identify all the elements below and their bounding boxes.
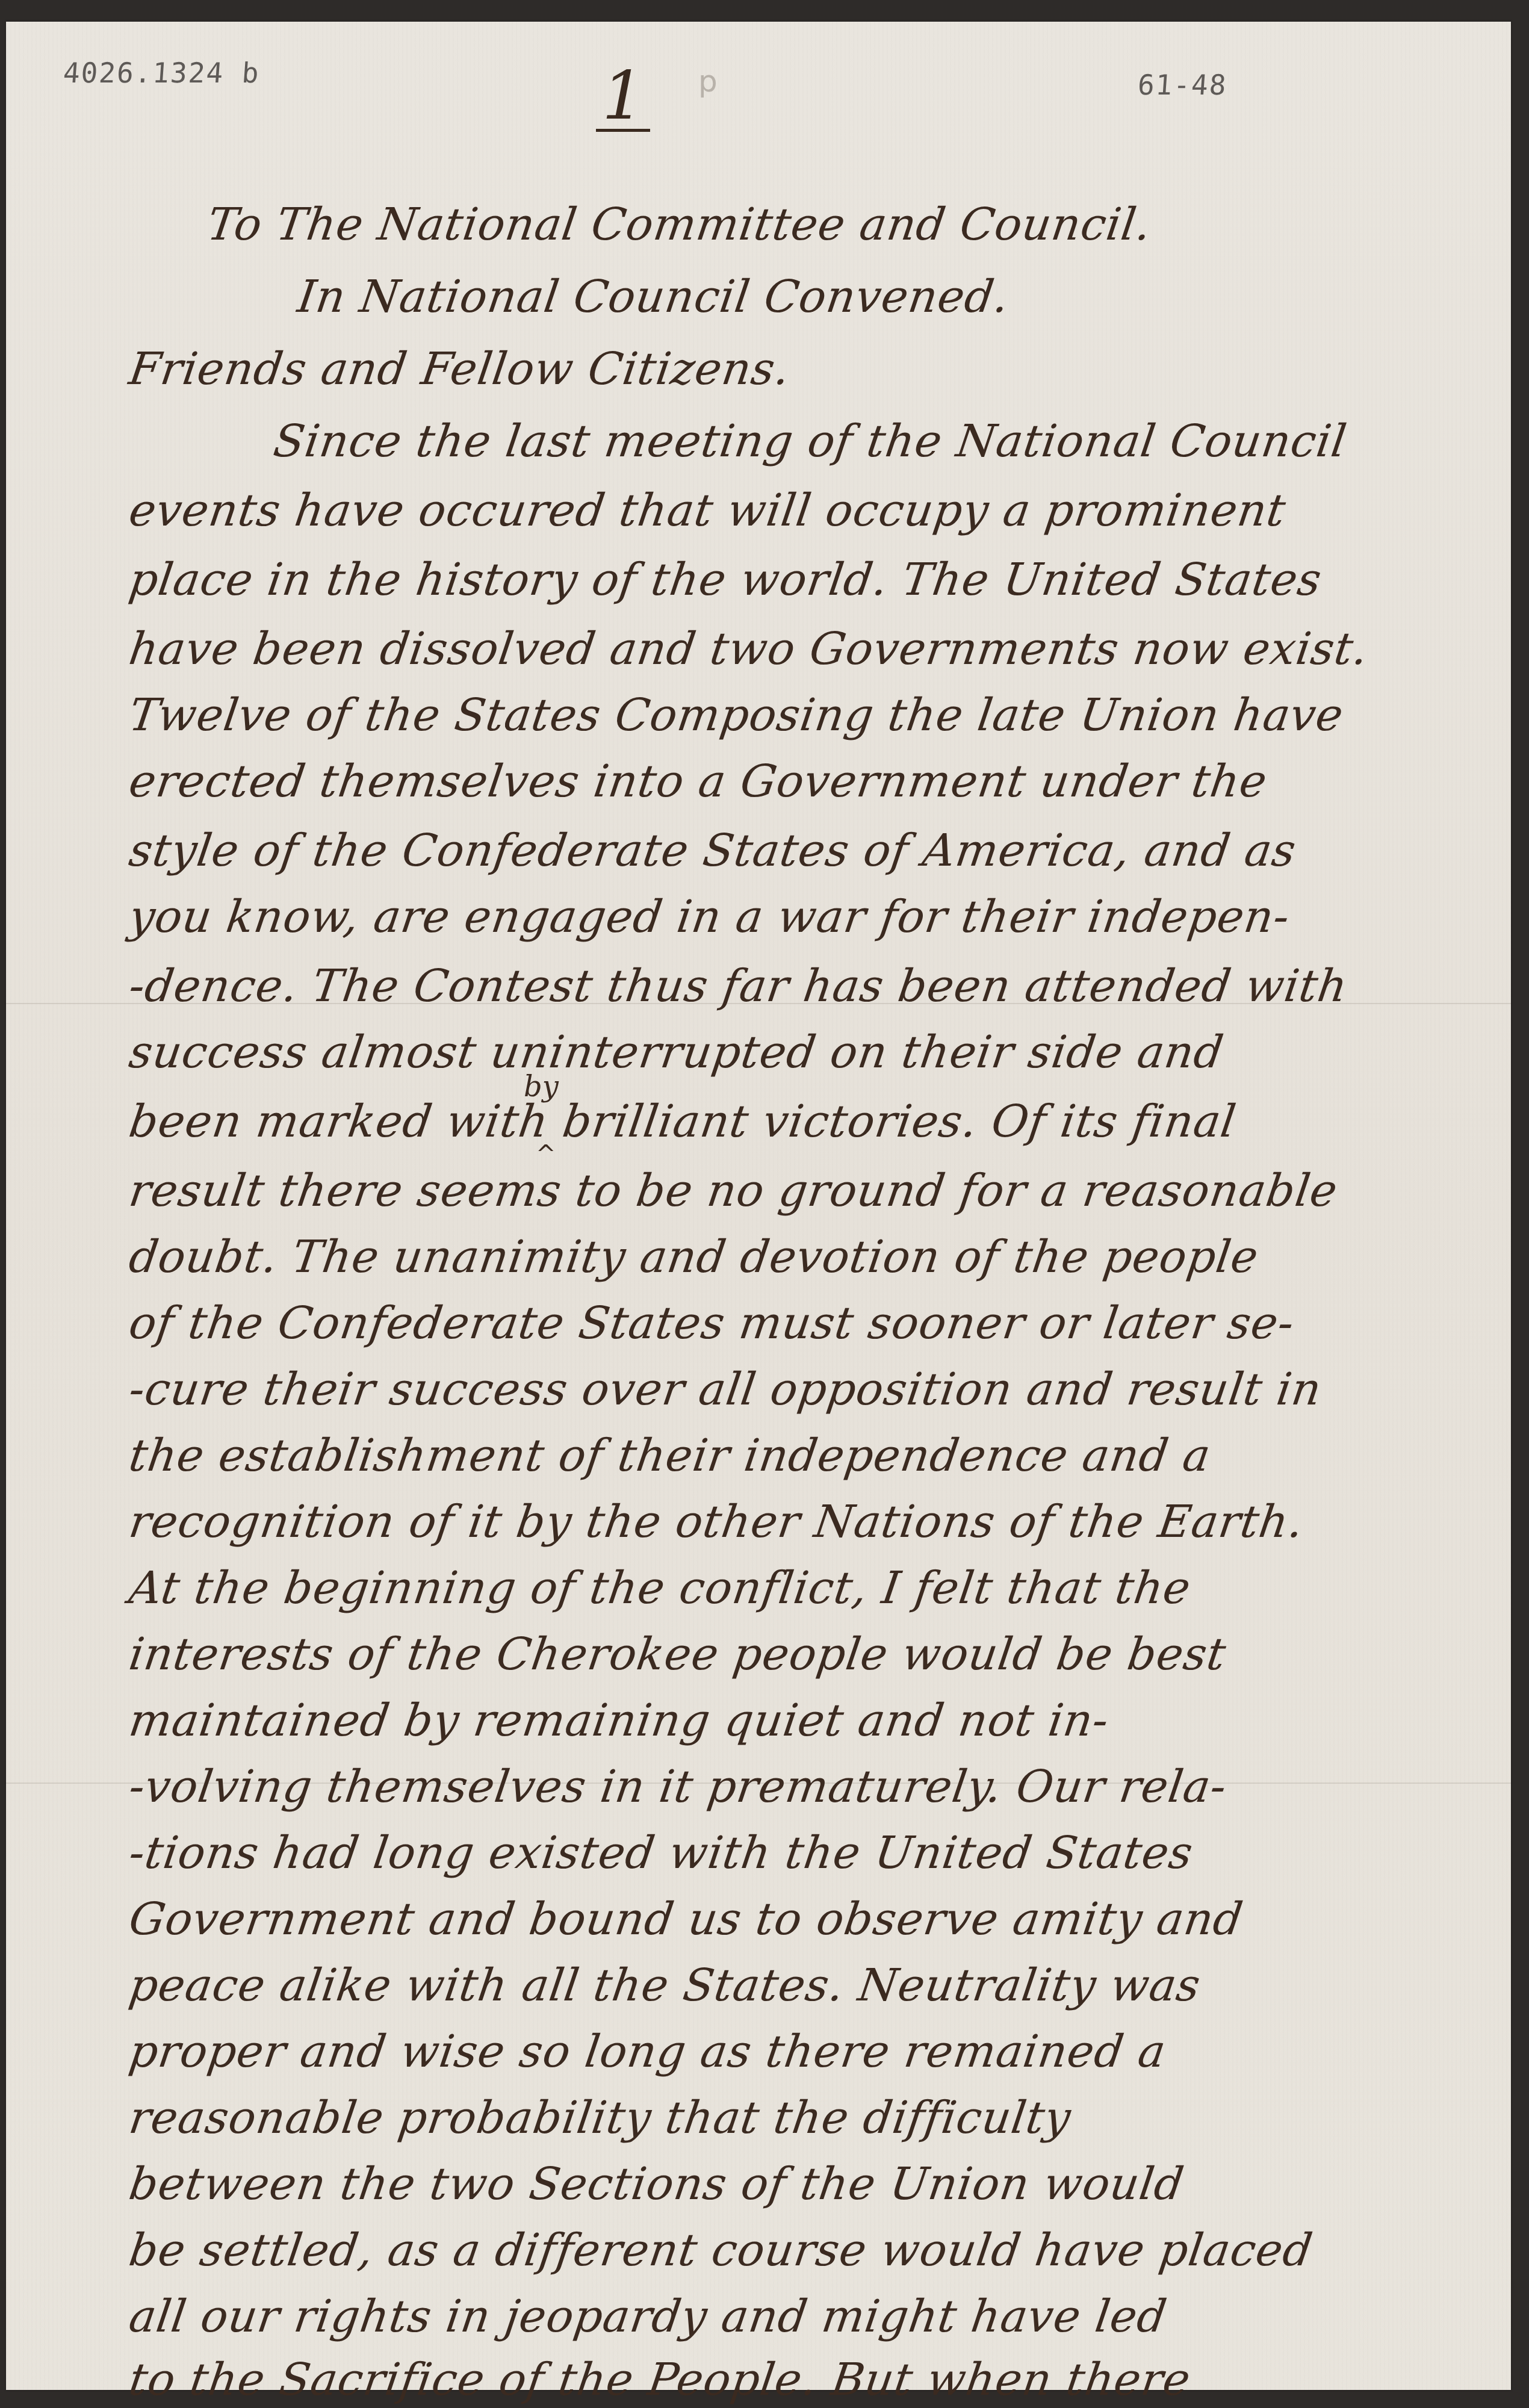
archive-reference: 61-48 xyxy=(1137,69,1228,101)
body-line-with-correction: been marked with brilliant victories. Of… xyxy=(126,1099,1239,1144)
body-line: peace alike with all the States. Neutral… xyxy=(126,1963,1203,2008)
body-line: place in the history of the world. The U… xyxy=(126,557,1324,602)
body-line: interests of the Cherokee people would b… xyxy=(126,1632,1229,1677)
body-line: have been dissolved and two Governments … xyxy=(126,627,1371,671)
body-line: between the two Sections of the Union wo… xyxy=(126,2162,1187,2206)
body-line: -dence. The Contest thus far has been at… xyxy=(126,964,1350,1008)
body-line: -tions had long existed with the United … xyxy=(126,1831,1196,1875)
body-line: reasonable probability that the difficul… xyxy=(126,2096,1074,2140)
body-line: you know, are engaged in a war for their… xyxy=(126,895,1292,939)
manuscript-page: 4026.1324 b 61-48 1 p To The National Co… xyxy=(6,22,1511,2390)
body-line: style of the Confederate States of Ameri… xyxy=(126,828,1299,873)
address-line-1: To The National Committee and Council. xyxy=(205,202,1154,247)
body-line: doubt. The unanimity and devotion of the… xyxy=(126,1235,1261,1279)
catalog-number: 4026.1324 b xyxy=(62,57,261,89)
body-line: to the Sacrifice of the People. But when… xyxy=(126,2357,1194,2402)
body-line: the establishment of their independence … xyxy=(126,1433,1214,1478)
page-number-pencil-mark: p xyxy=(698,64,718,99)
body-line: all our rights in jeopardy and might hav… xyxy=(126,2294,1170,2339)
body-line: success almost uninterrupted on their si… xyxy=(126,1030,1226,1075)
body-line: -volving themselves in it prematurely. O… xyxy=(126,1764,1229,1809)
body-line: events have occured that will occupy a p… xyxy=(126,488,1289,533)
body-line: Twelve of the States Composing the late … xyxy=(126,693,1347,737)
insertion-caret: ^ xyxy=(536,1143,556,1167)
body-line: be settled, as a different course would … xyxy=(126,2228,1315,2273)
body-line: erected themselves into a Government und… xyxy=(126,759,1270,804)
body-line: Since the last meeting of the National C… xyxy=(271,419,1350,464)
body-line: proper and wise so long as there remaine… xyxy=(126,2029,1169,2074)
inserted-word: by xyxy=(524,1072,559,1101)
body-line: of the Confederate States must sooner or… xyxy=(126,1301,1297,1345)
address-line-2: In National Council Convened. xyxy=(295,275,1012,319)
body-line: At the beginning of the conflict, I felt… xyxy=(126,1566,1194,1610)
page-number: 1 xyxy=(596,63,650,132)
body-line: Government and bound us to observe amity… xyxy=(126,1897,1246,1941)
body-line: -cure their success over all opposition … xyxy=(126,1367,1324,1412)
body-line: result there seems to be no ground for a… xyxy=(126,1168,1341,1213)
body-line: recognition of it by the other Nations o… xyxy=(126,1500,1306,1544)
body-line: maintained by remaining quiet and not in… xyxy=(126,1698,1112,1743)
salutation: Friends and Fellow Citizens. xyxy=(126,347,793,391)
